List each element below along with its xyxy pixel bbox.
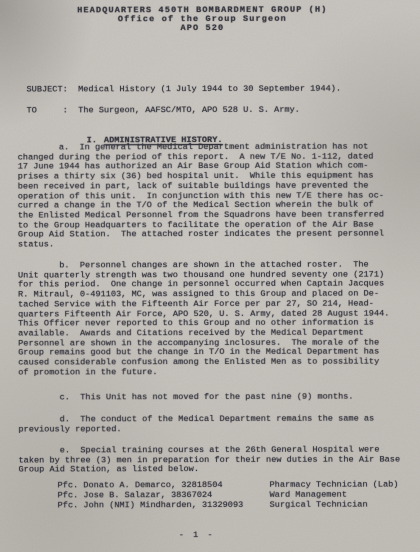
letterhead: HEADQUARTERS 450TH BOMBARDMENT GROUP (H)… bbox=[0, 5, 405, 34]
trainee-name: Pfc. John (NMI) Mindharden, 31329093 bbox=[58, 500, 270, 510]
trainee-list: Pfc. Donato A. Demarco, 32818504 Pharmac… bbox=[58, 480, 407, 510]
paragraph-e: e. Special training courses at the 26th … bbox=[18, 446, 400, 476]
scanned-document-page: HEADQUARTERS 450TH BOMBARDMENT GROUP (H)… bbox=[0, 0, 420, 552]
to-line: TO : The Surgeon, AAFSC/MTO, APO 528 U. … bbox=[27, 106, 300, 116]
paragraph-c: c. This Unit has not moved for the past … bbox=[18, 393, 353, 404]
subject-line: SUBJECT: Medical History (1 July 1944 to… bbox=[27, 85, 342, 96]
trainee-row: Pfc. John (NMI) Mindharden, 31329093 Sur… bbox=[58, 500, 407, 511]
page-number: - 1 - bbox=[1, 531, 393, 542]
paragraph-b: b. Personnel changes are shown in the at… bbox=[18, 261, 390, 378]
paragraph-d: d. The conduct of the Medical Department… bbox=[18, 415, 374, 435]
trainee-course: Surgical Technician bbox=[270, 500, 407, 510]
document-body: HEADQUARTERS 450TH BOMBARDMENT GROUP (H)… bbox=[0, 0, 420, 552]
paragraph-a: a. In general the Medical Department adm… bbox=[18, 143, 384, 251]
